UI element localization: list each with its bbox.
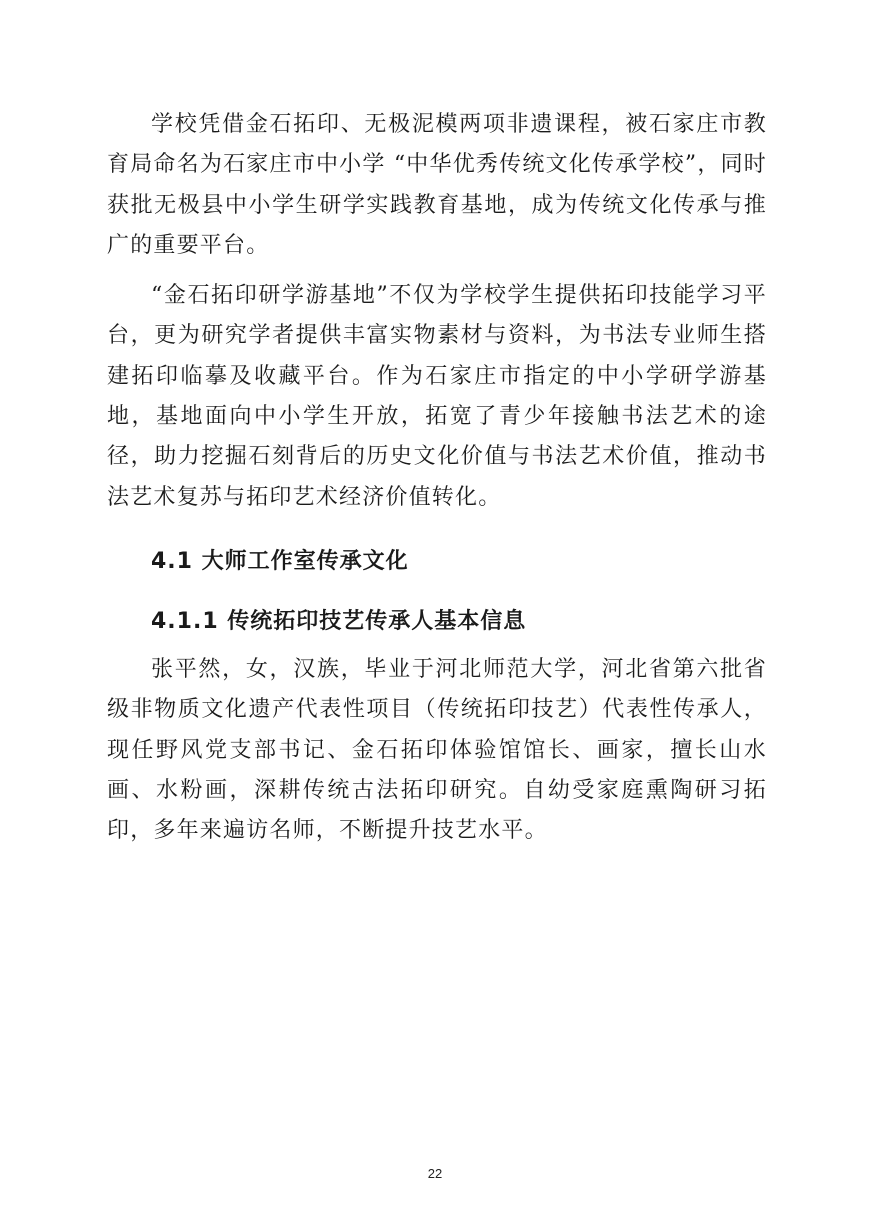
paragraph-study-base: “金石拓印研学游基地”不仅为学校学生提供拓印技能学习平台，更为研究学者提供丰富实… <box>107 276 767 518</box>
section-heading: 4.1 大师工作室传承文化 <box>107 542 409 582</box>
page-number: 22 <box>0 1166 870 1181</box>
body-text-bottom: 张平然，女，汉族，毕业于河北师范大学，河北省第六批省级非物质文化遗产代表性项目（… <box>107 650 767 851</box>
paragraph-inheritor-info: 张平然，女，汉族，毕业于河北师范大学，河北省第六批省级非物质文化遗产代表性项目（… <box>107 650 767 851</box>
subsection-heading: 4.1.1 传统拓印技艺传承人基本信息 <box>107 602 526 642</box>
document-page: 学校凭借金石拓印、无极泥模两项非遗课程，被石家庄市教育局命名为石家庄市中小学 “… <box>0 0 870 1231</box>
body-text-top: 学校凭借金石拓印、无极泥模两项非遗课程，被石家庄市教育局命名为石家庄市中小学 “… <box>107 105 767 518</box>
paragraph-school-honors: 学校凭借金石拓印、无极泥模两项非遗课程，被石家庄市教育局命名为石家庄市中小学 “… <box>107 105 767 266</box>
